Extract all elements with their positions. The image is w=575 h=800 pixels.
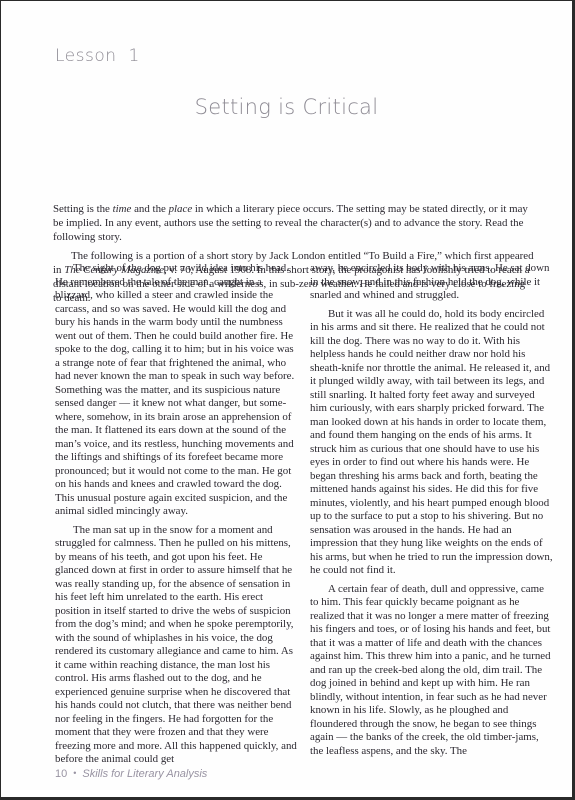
page-footer: 10•Skills for Literary Analysis (55, 768, 207, 780)
story-paragraph: But it was all he could do, hold its bod… (310, 308, 553, 578)
intro-text: and the (131, 203, 168, 215)
emphasis-place: place (169, 203, 193, 215)
lesson-heading: Lesson1 (55, 46, 140, 66)
lesson-label: Lesson (55, 46, 117, 66)
lesson-number: 1 (129, 46, 140, 66)
intro-paragraph-1: Setting is the time and the place in whi… (53, 202, 536, 245)
story-paragraph: A certain fear of death, dull and oppres… (310, 583, 553, 759)
page-title: Setting is Critical (1, 95, 572, 119)
story-paragraph: away, he encircled its body with his arm… (310, 262, 553, 303)
bullet-separator: • (73, 768, 76, 778)
intro-text: Setting is the (53, 203, 113, 215)
page-number: 10 (55, 768, 67, 780)
book-page: Lesson1 Setting is Critical Setting is t… (1, 1, 572, 797)
emphasis-time: time (113, 203, 132, 215)
book-title: Skills for Literary Analysis (82, 768, 207, 780)
story-paragraph: The sight of the dog put a wild idea int… (55, 262, 298, 519)
story-column-left: The sight of the dog put a wild idea int… (55, 262, 298, 772)
story-paragraph: The man sat up in the snow for a moment … (55, 524, 298, 767)
story-column-right: away, he encircled its body with his arm… (310, 262, 553, 763)
